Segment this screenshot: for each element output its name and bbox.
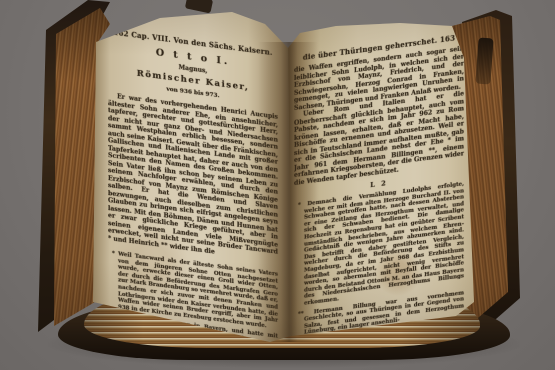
right-page-text-block: die über Thüringen geherrschet. 163 die … [294, 32, 464, 344]
left-page-text-block: 162 Cap. VIII. Von den Sächs. Kaisern. O… [108, 27, 278, 347]
left-body-paragraph: Er war des vorhergehenden Henrici Aucupi… [108, 92, 278, 264]
right-footnote-1: * Demnach die Vermählung Ludolphs erfolg… [294, 181, 464, 308]
photo-background: 162 Cap. VIII. Von den Sächs. Kaisern. O… [0, 0, 555, 370]
spine-headband [185, 0, 213, 14]
torn-leather-scrap [475, 38, 493, 85]
book-gutter-shadow [258, 42, 318, 342]
